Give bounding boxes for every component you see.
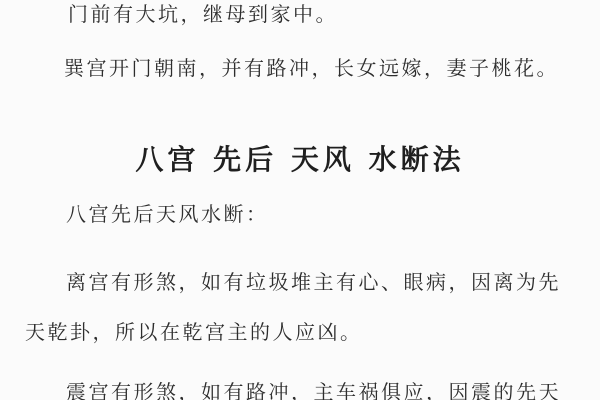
paragraph-line: 天乾卦，所以在乾宫主的人应凶。 xyxy=(25,318,363,346)
section-title: 八宫 先后 天风 水断法 xyxy=(0,140,600,180)
paragraph-line: 门前有大坑，继母到家中。 xyxy=(68,0,338,28)
paragraph-line-clipped: 震宫有形煞，如有路冲，主车祸俱应，因震的先天 xyxy=(66,378,561,400)
paragraph-line: 八宫先后天风水断： xyxy=(66,200,269,228)
document-page: 门前有大坑，继母到家中。 巽宫开门朝南，并有路冲，长女远嫁，妻子桃花。 八宫 先… xyxy=(0,0,600,400)
paragraph-line: 离宫有形煞，如有垃圾堆主有心、眼病，因离为先 xyxy=(66,268,561,296)
paragraph-line: 巽宫开门朝南，并有路冲，长女远嫁，妻子桃花。 xyxy=(64,54,559,82)
